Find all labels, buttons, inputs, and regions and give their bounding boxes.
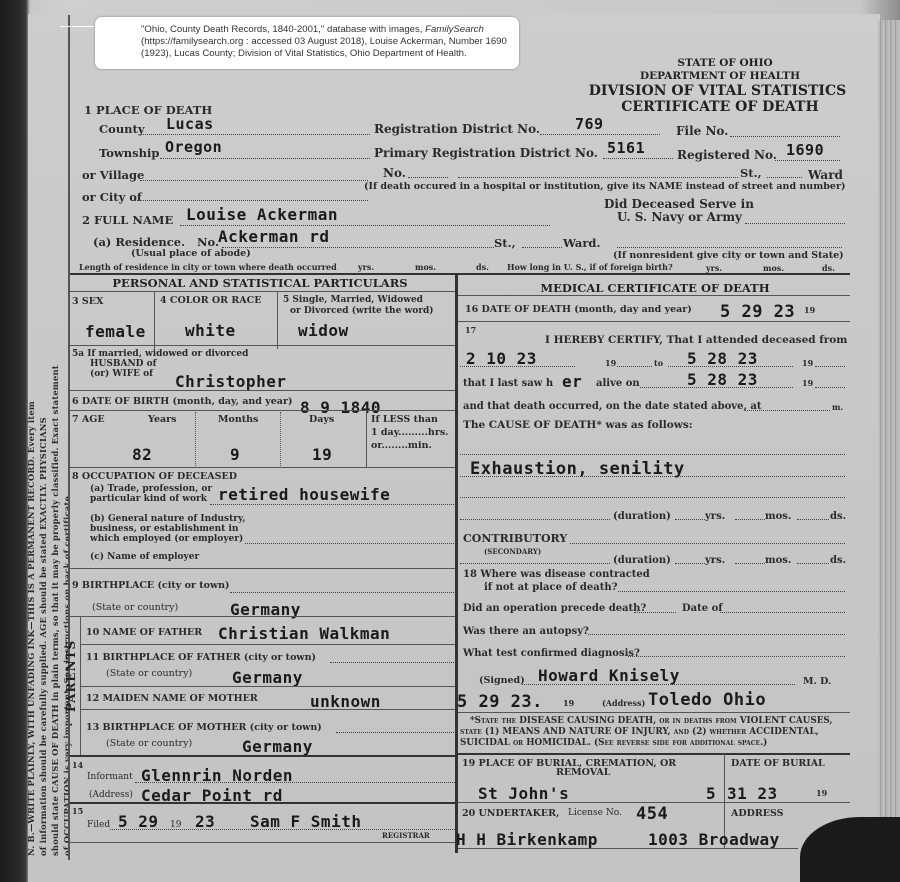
- divider: [277, 291, 278, 349]
- birthplace-state-label: (State or country): [92, 602, 178, 613]
- township-label: Township: [99, 146, 159, 160]
- reg-district-label: Registration District No.: [374, 122, 540, 136]
- race-label: 4 COLOR OR RACE: [160, 295, 261, 306]
- burial-month-value: 5: [706, 784, 716, 803]
- industry-label-1: (b) General nature of Industry,: [90, 514, 246, 524]
- dod-label: 16 DATE OF DEATH (month, day and year): [465, 304, 692, 315]
- street-st-label: St.,: [740, 166, 762, 180]
- last-saw-suffix: er: [562, 372, 582, 391]
- divider: [70, 345, 455, 346]
- birthplace-label: 9 BIRTHPLACE (city or town): [72, 580, 230, 591]
- header-department: DEPARTMENT OF HEALTH: [620, 70, 820, 82]
- divider: [458, 712, 850, 713]
- mother-label: 12 MAIDEN NAME OF MOTHER: [86, 693, 258, 704]
- cause-line-1: [460, 454, 845, 455]
- divider: [195, 412, 196, 468]
- column-divider: [455, 273, 458, 853]
- father-bp-line: [330, 662, 454, 663]
- employer-label: (c) Name of employer: [90, 552, 199, 562]
- residence-label: (a) Residence.: [93, 235, 185, 249]
- marital-label-2: or Divorced (write the word): [290, 306, 434, 316]
- blank-line: [815, 387, 845, 388]
- divider: [458, 321, 850, 322]
- father-bp-value: Germany: [232, 668, 303, 687]
- m-label: m.: [832, 402, 843, 412]
- footnote-line-2: state (1) MEANS AND NATURE OF INJURY, an…: [460, 727, 819, 737]
- residence-value: Ackerman rd: [218, 227, 329, 246]
- time-line: [745, 410, 830, 411]
- header-title: CERTIFICATE OF DEATH: [600, 99, 840, 115]
- residence-line: [222, 247, 494, 248]
- header-division: DIVISION OF VITAL STATISTICS: [580, 83, 855, 99]
- book-page-edges: [878, 20, 900, 882]
- signed-value: Howard Knisely: [538, 666, 680, 685]
- spouse-label-3: (or) WIFE of: [90, 369, 153, 379]
- medical-section-title: MEDICAL CERTIFICATE OF DEATH: [520, 281, 790, 295]
- file-no-line: [730, 136, 840, 137]
- street-no-label: No.: [383, 166, 406, 180]
- city-label: or City of: [82, 190, 142, 204]
- spouse-label-1: 5a If married, widowed or divorced: [72, 349, 248, 359]
- filed-number: 15: [72, 806, 83, 816]
- license-value: 454: [636, 804, 668, 824]
- date-of-line: [720, 612, 845, 613]
- margin-line-3: should state CAUSE OF DEATH in plain ter…: [49, 60, 61, 856]
- contracted-label-2: if not at place of death?: [484, 582, 617, 593]
- father-bp-state-label: (State or country): [106, 668, 192, 679]
- served-label-2: U. S. Navy or Army: [617, 210, 742, 224]
- nonresident-line: [617, 247, 842, 248]
- attended-to-value: 5 28 23: [687, 349, 758, 368]
- street-no-line: [408, 177, 448, 178]
- duration-mos-2: mos.: [765, 555, 791, 566]
- last-saw-date: 5 28 23: [687, 370, 758, 389]
- filed-label: Filed: [87, 820, 110, 830]
- duration-yrs-line: [675, 519, 705, 520]
- citation-text-post: (https://familysearch.org : accessed 03 …: [141, 36, 507, 59]
- burial-place-value: St John's: [478, 784, 569, 803]
- duration-ds-line: [797, 563, 829, 564]
- undertaker-address-value: 1003 Broadway: [648, 830, 780, 849]
- served-line: [745, 223, 845, 224]
- duration-yrs-2: yrs.: [705, 555, 725, 566]
- divider: [70, 842, 455, 843]
- village-label: or Village: [82, 168, 144, 182]
- dod-value: 5 29 23: [720, 302, 795, 322]
- served-label-1: Did Deceased Serve in: [604, 197, 754, 211]
- less-label-2: 1 day.........hrs.: [371, 427, 448, 438]
- doctor-address-label: (Address): [602, 698, 645, 708]
- ward-label: Ward: [808, 168, 843, 182]
- residence-ward-line: [522, 247, 562, 248]
- primary-reg-label: Primary Registration District No.: [374, 146, 598, 160]
- informant-address-label: (Address): [89, 790, 133, 800]
- duration-label-1: (duration): [613, 511, 671, 522]
- registered-no-value: 1690: [786, 141, 824, 159]
- residence-no-label: No.: [197, 235, 219, 249]
- duration-ds-2: ds.: [830, 555, 846, 566]
- operation-line: [634, 612, 676, 613]
- duration-mos-1: mos.: [765, 511, 791, 522]
- days-label: Days: [309, 414, 334, 425]
- registrar-label: REGISTRAR: [382, 831, 430, 840]
- burial-date-value: 31 23: [727, 784, 778, 803]
- registered-no-line: [775, 160, 840, 161]
- margin-line-2: of information should be carefully suppl…: [37, 60, 49, 856]
- citation-pointer: [60, 26, 98, 27]
- divider: [154, 291, 155, 349]
- parents-label: PARENTS: [64, 640, 78, 712]
- residence-ward-label: Ward.: [563, 236, 600, 250]
- header-state: STATE OF OHIO: [660, 57, 790, 69]
- township-line: [160, 158, 370, 159]
- primary-reg-value: 5161: [607, 139, 645, 157]
- industry-line: [245, 543, 454, 544]
- blank-line: [617, 366, 652, 367]
- personal-section-title: PERSONAL AND STATISTICAL PARTICULARS: [100, 276, 420, 290]
- full-name-value: Louise Ackerman: [186, 205, 338, 224]
- margin-line-1: N. B.—WRITE PLAINLY, WITH UNFADING INK—T…: [25, 60, 37, 856]
- age-label: 7 AGE: [72, 414, 105, 425]
- months-value: 9: [230, 445, 240, 464]
- citation-text-pre: "Ohio, County Death Records, 1840-2001,"…: [141, 24, 425, 35]
- full-name-line: [180, 225, 550, 226]
- occurred-label: and that death occurred, on the date sta…: [463, 401, 762, 412]
- duration-ds-1: ds.: [830, 511, 846, 522]
- how-long-ds: ds.: [822, 263, 835, 273]
- autopsy-label: Was there an autopsy?: [463, 626, 589, 637]
- marital-label-1: 5 Single, Married, Widowed: [283, 295, 423, 305]
- sex-label: 3 SEX: [72, 296, 103, 307]
- trade-label-2: particular kind of work: [90, 494, 207, 504]
- duration-mos-line: [735, 563, 765, 564]
- last-saw-19: 19: [802, 378, 813, 388]
- spouse-label-2: HUSBAND of: [90, 359, 156, 369]
- length-ds: ds.: [476, 262, 489, 272]
- residence-st-label: St.,: [494, 236, 516, 250]
- divider-main: [70, 273, 850, 275]
- mother-bp-label: 13 BIRTHPLACE OF MOTHER (city or town): [86, 722, 322, 733]
- footnote-line-1: *State the DISEASE CAUSING DEATH, or in …: [470, 716, 833, 726]
- mother-bp-value: Germany: [242, 737, 313, 756]
- autopsy-line: [588, 634, 845, 635]
- duration-mos-line: [735, 519, 765, 520]
- attended-from-19: 19: [605, 358, 616, 368]
- occupation-label: 8 OCCUPATION OF DECEASED: [72, 471, 237, 482]
- divider: [70, 616, 455, 617]
- birthplace-line: [230, 592, 454, 593]
- divider: [458, 753, 850, 755]
- spouse-value: Christopher: [175, 372, 286, 391]
- divider: [280, 412, 281, 468]
- full-name-label: 2 FULL NAME: [82, 213, 173, 227]
- race-value: white: [185, 321, 236, 340]
- how-long-mos: mos.: [763, 263, 784, 273]
- divider: [70, 467, 455, 468]
- divider: [70, 410, 455, 411]
- marital-value: widow: [298, 321, 349, 340]
- divider: [458, 295, 850, 296]
- county-value: Lucas: [166, 115, 214, 133]
- citation-source: FamilySearch: [425, 24, 484, 35]
- test-line: [628, 656, 845, 657]
- signed-19: 19: [563, 698, 574, 708]
- duration-yrs-line: [675, 563, 705, 564]
- undertaker-label: 20 UNDERTAKER,: [462, 808, 559, 819]
- trade-label-1: (a) Trade, profession, or: [90, 484, 212, 494]
- alive-on-label: alive on: [596, 378, 640, 389]
- father-label: 10 NAME OF FATHER: [86, 627, 202, 638]
- divider: [70, 291, 455, 292]
- city-line: [135, 200, 368, 201]
- abode-note: (Usual place of abode): [131, 248, 251, 259]
- divider: [70, 802, 455, 804]
- county-label: County: [99, 122, 145, 136]
- divider: [70, 390, 455, 391]
- operation-label: Did an operation precede death?: [463, 603, 646, 614]
- cause-line-3: [460, 497, 845, 498]
- contracted-line: [618, 591, 845, 592]
- duration-label-2: (duration): [613, 555, 671, 566]
- to-label: to: [654, 358, 663, 368]
- contributory-line-2: [460, 563, 610, 564]
- years-label: Years: [148, 414, 177, 425]
- length-residence-label: Length of residence in city or town wher…: [79, 262, 337, 272]
- cause-line-2: [460, 476, 845, 477]
- divider: [70, 568, 455, 569]
- dob-label: 6 DATE OF BIRTH (month, day, and year): [72, 396, 292, 407]
- burial-19: 19: [816, 788, 827, 798]
- duration-yrs-1: yrs.: [705, 511, 725, 522]
- file-no-label: File No.: [676, 124, 728, 138]
- village-line: [140, 180, 368, 181]
- secondary-label: (SECONDARY): [484, 547, 541, 556]
- how-long-yrs: yrs.: [706, 263, 722, 273]
- last-saw-label: that I last saw h: [463, 378, 553, 389]
- industry-label-3: which employed (or employer): [90, 534, 243, 544]
- divider: [458, 848, 798, 849]
- duration-ds-line: [797, 519, 829, 520]
- undertaker-address-label: ADDRESS: [731, 808, 784, 819]
- contributory-line: [570, 543, 845, 544]
- township-value: Oregon: [165, 138, 222, 156]
- cause-label: The CAUSE OF DEATH* was as follows:: [463, 419, 693, 431]
- months-label: Months: [218, 414, 258, 425]
- cause-line-4: [460, 519, 610, 520]
- footnote-line-3: SUICIDAL or HOMICIDAL. (See reverse side…: [460, 738, 767, 748]
- signed-date-value: 5 29 23.: [457, 692, 543, 712]
- md-label: M. D.: [803, 676, 831, 687]
- less-label-1: If LESS than: [371, 414, 438, 425]
- trade-value: retired housewife: [218, 485, 390, 504]
- divider: [80, 709, 455, 710]
- filed-line: [110, 829, 455, 830]
- mother-bp-state-label: (State or country): [106, 738, 192, 749]
- sex-value: female: [85, 322, 146, 341]
- cert-number: 17: [465, 325, 476, 335]
- contracted-label-1: 18 Where was disease contracted: [463, 569, 650, 580]
- father-bp-label: 11 BIRTHPLACE OF FATHER (city or town): [86, 652, 316, 663]
- attended-to-19: 19: [802, 358, 813, 368]
- dod-19: 19: [804, 305, 815, 315]
- less-label-3: or........min.: [371, 440, 432, 451]
- test-label: What test confirmed diagnosis?: [463, 648, 640, 659]
- hospital-note: (If death occured in a hospital or insti…: [364, 181, 845, 192]
- street-line: [458, 177, 738, 178]
- contributory-label: CONTRIBUTORY: [463, 532, 567, 545]
- divider: [80, 686, 455, 687]
- county-line: [140, 134, 370, 135]
- trade-line: [210, 504, 454, 505]
- father-value: Christian Walkman: [218, 624, 390, 643]
- date-of-label: Date of: [682, 603, 723, 614]
- registered-no-label: Registered No.: [677, 148, 777, 162]
- days-value: 19: [312, 445, 332, 464]
- divider: [458, 802, 850, 803]
- informant-label: Informant: [87, 772, 133, 782]
- years-value: 82: [132, 445, 152, 464]
- license-label: License No.: [568, 808, 622, 818]
- primary-reg-line: [603, 158, 673, 159]
- burial-date-label: DATE OF BURIAL: [731, 758, 825, 769]
- ward-line: [767, 177, 802, 178]
- informant-line: [135, 782, 455, 783]
- blank-line: [815, 366, 845, 367]
- reg-district-value: 769: [575, 115, 604, 133]
- informant-number: 14: [72, 760, 83, 770]
- divider: [70, 755, 455, 757]
- length-mos: mos.: [415, 262, 436, 272]
- divider: [80, 644, 455, 645]
- certify-text: I HEREBY CERTIFY, That I attended deceas…: [545, 334, 847, 346]
- burial-label-2: REMOVAL: [556, 767, 610, 778]
- mother-bp-line: [336, 732, 454, 733]
- reg-district-line: [540, 134, 660, 135]
- how-long-label: How long in U. S., if of foreign birth?: [507, 262, 673, 272]
- divider: [366, 410, 367, 468]
- nonresident-note: (If nonresident give city or town and St…: [613, 250, 844, 261]
- industry-label-2: business, or establishment in: [90, 524, 238, 534]
- length-yrs: yrs.: [358, 262, 374, 272]
- undertaker-value: H H Birkenkamp: [456, 830, 598, 849]
- signed-label: (Signed): [479, 675, 525, 686]
- doctor-address-value: Toledo Ohio: [648, 690, 766, 710]
- citation-box: "Ohio, County Death Records, 1840-2001,"…: [95, 17, 519, 69]
- attended-from-value: 2 10 23: [466, 349, 537, 368]
